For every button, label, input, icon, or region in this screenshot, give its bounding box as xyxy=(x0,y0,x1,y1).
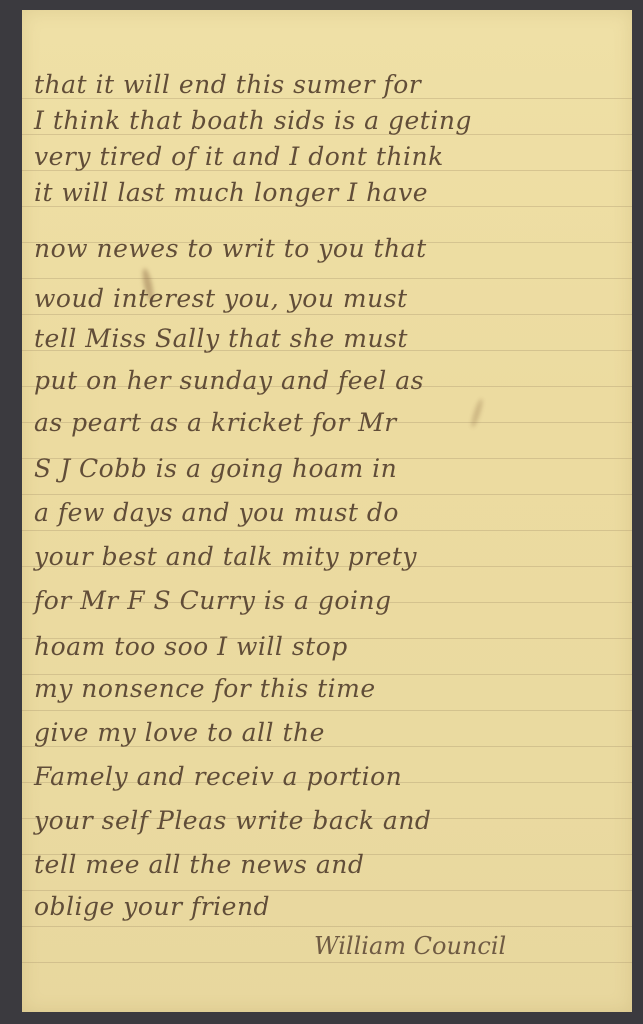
letter-line: woud interest you, you must xyxy=(34,286,408,311)
ruled-line xyxy=(22,494,632,495)
ruled-line xyxy=(22,962,632,963)
letter-line: for Mr F S Curry is a going xyxy=(34,588,392,613)
ruled-line xyxy=(22,926,632,927)
letter-line: tell Miss Sally that she must xyxy=(34,326,408,351)
letter-line: S J Cobb is a going hoam in xyxy=(34,456,397,481)
letter-line: give my love to all the xyxy=(34,720,325,745)
letter-line: oblige your friend xyxy=(34,894,270,919)
ruled-line xyxy=(22,314,632,315)
letter-line: as peart as a kricket for Mr xyxy=(34,410,397,435)
ruled-line xyxy=(22,530,632,531)
ruled-line xyxy=(22,890,632,891)
letter-line: tell mee all the news and xyxy=(34,852,364,877)
letter-line: a few days and you must do xyxy=(34,500,399,525)
letter-line: my nonsence for this time xyxy=(34,676,376,701)
letter-page: that it will end this sumer for I think … xyxy=(22,10,632,1012)
ruled-line xyxy=(22,710,632,711)
letter-line: that it will end this sumer for xyxy=(34,72,421,97)
letter-line: it will last much longer I have xyxy=(34,180,428,205)
ink-smudge xyxy=(470,398,485,428)
letter-line: Famely and receiv a portion xyxy=(34,764,402,789)
ruled-line xyxy=(22,278,632,279)
signature: William Council xyxy=(314,932,506,960)
letter-line: put on her sunday and feel as xyxy=(34,368,424,393)
letter-line: your best and talk mity prety xyxy=(34,544,417,569)
letter-line: very tired of it and I dont think xyxy=(34,144,444,169)
letter-line: hoam too soo I will stop xyxy=(34,634,348,659)
letter-line: your self Pleas write back and xyxy=(34,808,431,833)
letter-line: I think that boath sids is a geting xyxy=(34,108,472,133)
letter-line: now newes to writ to you that xyxy=(34,236,427,261)
